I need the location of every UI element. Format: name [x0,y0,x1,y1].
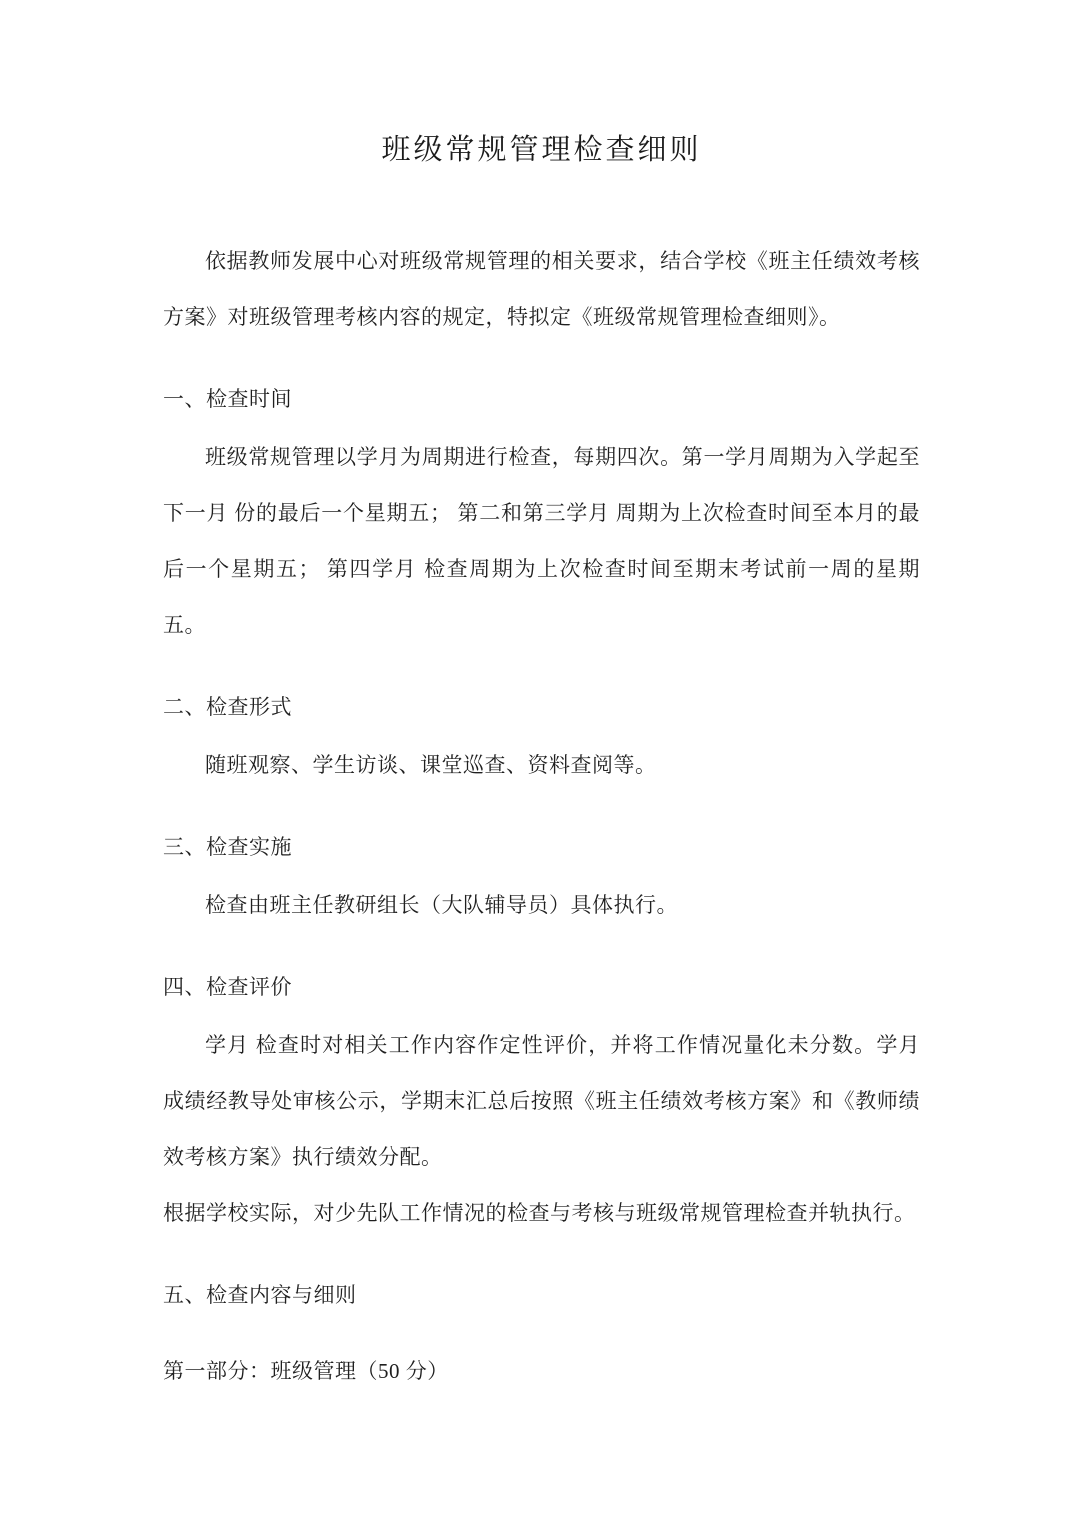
section-3-heading: 三、检查实施 [163,819,920,875]
section-4-heading: 四、检查评价 [163,959,920,1015]
section-1-body: 班级常规管理以学月为周期进行检查，每期四次。第一学月周期为入学起至下一月 份的最… [163,429,920,653]
intro-paragraph: 依据教师发展中心对班级常规管理的相关要求，结合学校《班主任绩效考核方案》对班级管… [163,233,920,345]
document-title: 班级常规管理检查细则 [163,128,920,172]
section-5-heading: 五、检查内容与细则 [163,1267,920,1323]
document-content: 班级常规管理检查细则 依据教师发展中心对班级常规管理的相关要求，结合学校《班主任… [0,0,1080,1399]
section-3-body: 检查由班主任教研组长（大队辅导员）具体执行。 [163,877,920,933]
part-1-label: 第一部分：班级管理（50 分） [163,1343,920,1399]
section-2-body: 随班观察、学生访谈、课堂巡查、资料查阅等。 [163,737,920,793]
section-4-note: 根据学校实际，对少先队工作情况的检查与考核与班级常规管理检查并轨执行。 [163,1185,920,1241]
section-2-heading: 二、检查形式 [163,679,920,735]
document-page: 班级常规管理检查细则 依据教师发展中心对班级常规管理的相关要求，结合学校《班主任… [0,0,1080,1527]
section-1-heading: 一、检查时间 [163,371,920,427]
section-4-body: 学月 检查时对相关工作内容作定性评价，并将工作情况量化未分数。学月成绩经教导处审… [163,1017,920,1185]
